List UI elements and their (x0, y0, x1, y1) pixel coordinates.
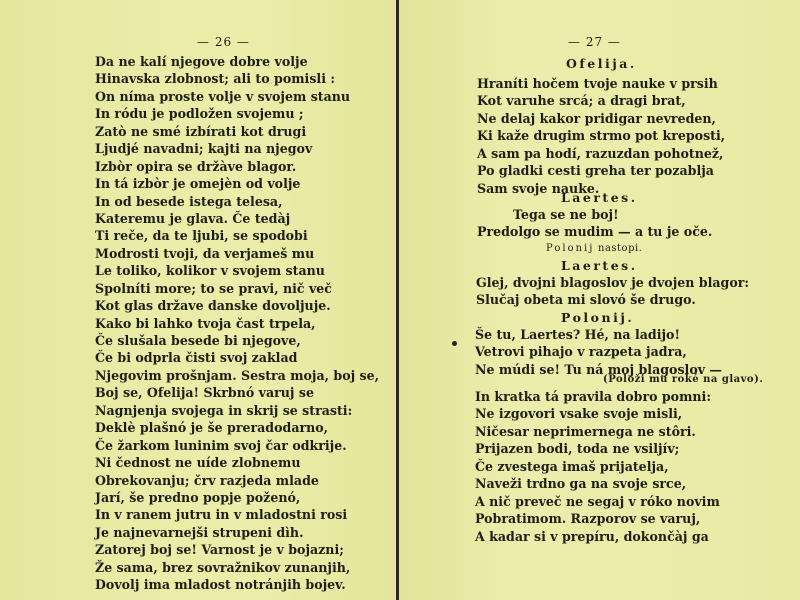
page-number-left: — 26 — (197, 35, 250, 49)
verse-line: In od besede istega telesa, (95, 193, 379, 210)
polonij-speech-a: Še tu, Laertes? Hé, na ladijo!Vetrovi pi… (475, 326, 722, 378)
verse-line: Vetrovi pihajo v razpeta jadra, (475, 343, 722, 360)
verse-line: Ne izgovori vsake svoje misli, (475, 405, 720, 422)
verse-line: Spolníti more; to se pravi, nič več (95, 280, 379, 297)
verse-line: Ne delaj kakor pridigar nevreden, (477, 110, 725, 127)
verse-line: Še tu, Laertes? Hé, na ladijo! (475, 326, 722, 343)
speaker-polonij: Polonij. (561, 310, 634, 325)
verse-line: Jarí, še predno popje poženó, (95, 489, 379, 506)
stage-direction-enter: Polonij nastopi. (546, 243, 642, 254)
verse-line: Modrosti tvoji, da verjameš mu (95, 245, 379, 262)
verse-line: On níma proste volje v svojem stanu (95, 88, 379, 105)
verse-line: Glej, dvojni blagoslov je dvojen blagor: (476, 274, 749, 291)
speaker-laertes-1: Laertes. (561, 190, 638, 205)
verse-line: Hraníti hočem tvoje nauke v prsih (477, 75, 725, 92)
book-gutter (396, 0, 399, 600)
verse-line: Obrekovanju; črv razjeda mlade (95, 472, 379, 489)
verse-line: Kateremu je glava. Če tedàj (95, 210, 379, 227)
verse-line: Hinavska zlobnost; ali to pomisli : (95, 70, 379, 87)
verse-line: Zatò ne smé izbírati kot drugi (95, 123, 379, 140)
verse-line: Ljudjé navadni; kajti na njegov (95, 140, 379, 157)
verse-line: Ti reče, da te ljubi, se spodobi (95, 227, 379, 244)
verse-line: Njegovim prošnjam. Sestra moja, boj se, (95, 367, 379, 384)
speaker-ofelija: Ofelija. (566, 56, 637, 71)
verse-line: A kadar si v prepíru, dokončàj ga (475, 528, 720, 545)
verse-line: A sam pa hodí, razuzdan pohotnež, (477, 145, 725, 162)
verse-line: Ki kaže drugim strmo pot kreposti, (477, 127, 725, 144)
stage-direction-hands: (Položi mu roké na glavo). (603, 374, 763, 385)
verse-line: Če žarkom luninim svoj čar odkrije. (95, 437, 379, 454)
margin-mark (452, 341, 457, 346)
polonij-speech-b: In kratka tá pravila dobro pomni:Ne izgo… (475, 388, 720, 545)
verse-line: Je najnevarnejši strupeni dìh. (95, 524, 379, 541)
verse-line: Po gladki cesti greha ter pozablja (477, 162, 725, 179)
verse-line: Kako bi lahko tvoja čast trpela, (95, 315, 379, 332)
verse-line: In ródu je podložen svojemu ; (95, 105, 379, 122)
laertes-speech-1: Tega se ne boj!Predolgo se mudim — a tu … (477, 206, 712, 241)
laertes-speech-2: Glej, dvojni blagoslov je dvojen blagor:… (476, 274, 749, 309)
verse-line: Če slušala besede bi njegove, (95, 332, 379, 349)
verse-line: Če bi odprla čisti svoj zaklad (95, 349, 379, 366)
verse-line: Da ne kalí njegove dobre volje (95, 53, 379, 70)
verse-line: Prijazen bodi, toda ne vsiljív; (475, 440, 720, 457)
verse-line: Če zvestega imaš prijatelja, (475, 458, 720, 475)
verse-line: Naveži trdno ga na svoje srce, (475, 475, 720, 492)
verse-line: Nagnjenja svojega in skrij se strasti: (95, 402, 379, 419)
verse-line: Le toliko, kolikor v svojem stanu (95, 262, 379, 279)
verse-line: Predolgo se mudim — a tu je oče. (477, 223, 712, 240)
verse-line: Kot glas države danske dovoljuje. (95, 297, 379, 314)
verse-line: Boj se, Ofelija! Skrbnó varuj se (95, 384, 379, 401)
page-number-right: — 27 — (568, 35, 621, 49)
verse-line: Kot varuhe srcá; a dragi brat, (477, 92, 725, 109)
verse-line: Ničesar neprimernega ne stôri. (475, 423, 720, 440)
verse-line: Dovolj ima mladost notránjih bojev. (95, 576, 379, 593)
left-page-text: Da ne kalí njegove dobre voljeHinavska z… (95, 53, 379, 594)
verse-line: Že sama, brez sovražnikov zunanjih, (95, 559, 379, 576)
verse-line: Deklè plašnó je še preradodarno, (95, 419, 379, 436)
verse-line: Pobratimom. Razporov se varuj, (475, 510, 720, 527)
verse-line: Slučaj obeta mi slovó še drugo. (476, 291, 749, 308)
verse-line: Ni čednost ne uíde zlobnemu (95, 454, 379, 471)
speaker-laertes-2: Laertes. (561, 258, 638, 273)
ofelija-speech: Hraníti hočem tvoje nauke v prsihKot var… (477, 75, 725, 197)
verse-line: Zatorej boj se! Varnost je v bojazni; (95, 541, 379, 558)
verse-line: Tega se ne boj! (477, 206, 712, 223)
verse-line: In tá izbòr je omejèn od volje (95, 175, 379, 192)
verse-line: A nič preveč ne segaj v róko novim (475, 493, 720, 510)
verse-line: In v ranem jutru in v mladostni rosi (95, 506, 379, 523)
verse-line: In kratka tá pravila dobro pomni: (475, 388, 720, 405)
verse-line: Izbòr opira se držàve blagor. (95, 158, 379, 175)
